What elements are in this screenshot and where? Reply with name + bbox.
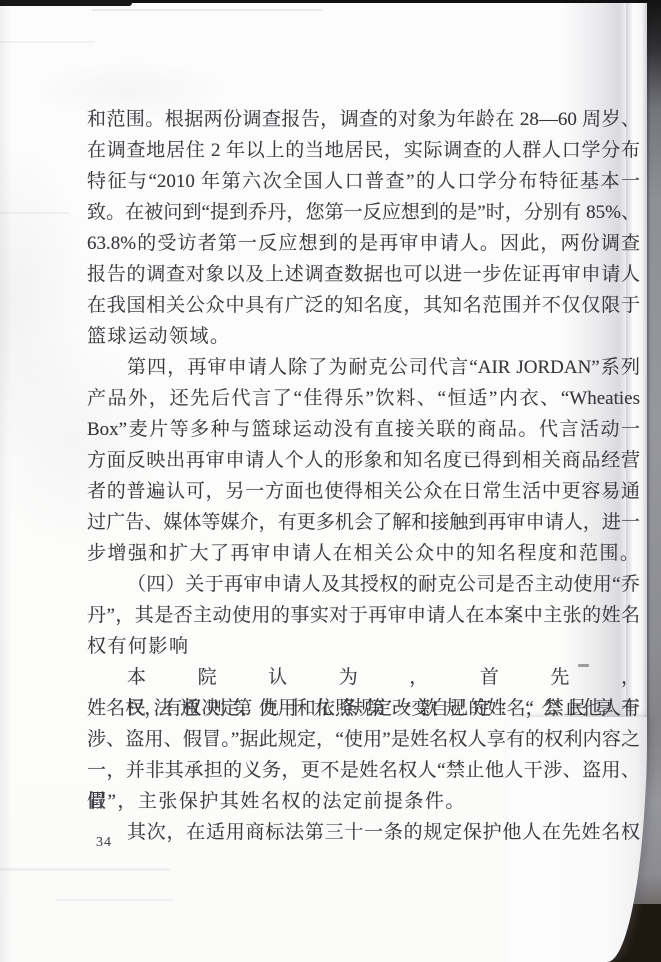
text-line: 涉、盗用、假冒。”据此规定，“使用”是姓名权人享有的权利内容之 xyxy=(87,724,640,755)
text-line: 其次，在适用商标法第三十一条的规定保护他人在先姓名权 xyxy=(87,817,640,848)
scanned-document-page: { "document": { "page_number": "34", "li… xyxy=(0,0,661,962)
text-line: 丹”，其是否主动使用的事实对于再审申请人在本案中主张的姓名 xyxy=(87,600,640,631)
text-line: 63.8%的受访者第一反应想到的是再审申请人。因此，两份调查 xyxy=(87,228,640,259)
text-line: 产品外，还先后代言了“佳得乐”饮料、“恒适”内衣、“Wheaties xyxy=(87,383,640,414)
text-line: Box”麦片等多种与篮球运动没有直接关联的商品。代言活动一 xyxy=(87,414,640,445)
text-line: 权有何影响 xyxy=(87,631,640,662)
text-line: 姓名权，有权决定、使用和依照规定改变自己的姓名，禁止他人干 xyxy=(87,693,640,724)
text-line: 者的普遍认可，另一方面也使得相关公众在日常生活中更容易通 xyxy=(87,476,640,507)
text-block: 和范围。根据两份调查报告，调查的对象为年龄在 28—60 周岁、在调查地居住 2… xyxy=(87,104,640,848)
left-edge-shadow xyxy=(0,0,12,962)
text-line: 篮球运动领域。 xyxy=(87,321,640,352)
text-line: 方面反映出再审申请人个人的形象和知名度已得到相关商品经营 xyxy=(87,445,640,476)
scan-streak xyxy=(0,41,95,43)
scan-streak xyxy=(0,212,70,214)
scan-streak xyxy=(0,868,170,871)
text-line: 在我国相关公众中具有广泛的知名度，其知名范围并不仅仅限于 xyxy=(87,290,640,321)
text-line: 致。在被问到“提到乔丹，您第一反应想到的是”时，分别有 85%、 xyxy=(87,197,640,228)
scan-streak xyxy=(55,899,175,901)
text-line: （四）关于再审申请人及其授权的耐克公司是否主动使用“乔 xyxy=(87,569,640,600)
text-line: 一，并非其承担的义务，更不是姓名权人“禁止他人干涉、盗用、假 xyxy=(87,755,640,786)
text-line: 本院认为，首先，民法通则第九十九条第一款规定：“公民享有 xyxy=(87,662,640,693)
text-line: 第四，再审申请人除了为耐克公司代言“AIR JORDAN”系列 xyxy=(87,352,640,383)
text-line: 步增强和扩大了再审申请人在相关公众中的知名程度和范围。 xyxy=(87,538,640,569)
top-edge-scan-bar xyxy=(0,0,132,6)
text-line: 在调查地居住 2 年以上的当地居民，实际调查的人群人口学分布 xyxy=(87,135,640,166)
text-line: 冒”，主张保护其姓名权的法定前提条件。 xyxy=(87,786,640,817)
scan-streak xyxy=(92,9,322,11)
text-line: 特征与“2010 年第六次全国人口普查”的人口学分布特征基本一 xyxy=(87,166,640,197)
text-line: 报告的调查对象以及上述调查数据也可以进一步佐证再审申请人 xyxy=(87,259,640,290)
text-line: 过广告、媒体等媒介，有更多机会了解和接触到再审申请人，进一 xyxy=(87,507,640,538)
text-line: 和范围。根据两份调查报告，调查的对象为年龄在 28—60 周岁、 xyxy=(87,104,640,135)
page-number: 34 xyxy=(96,835,112,851)
